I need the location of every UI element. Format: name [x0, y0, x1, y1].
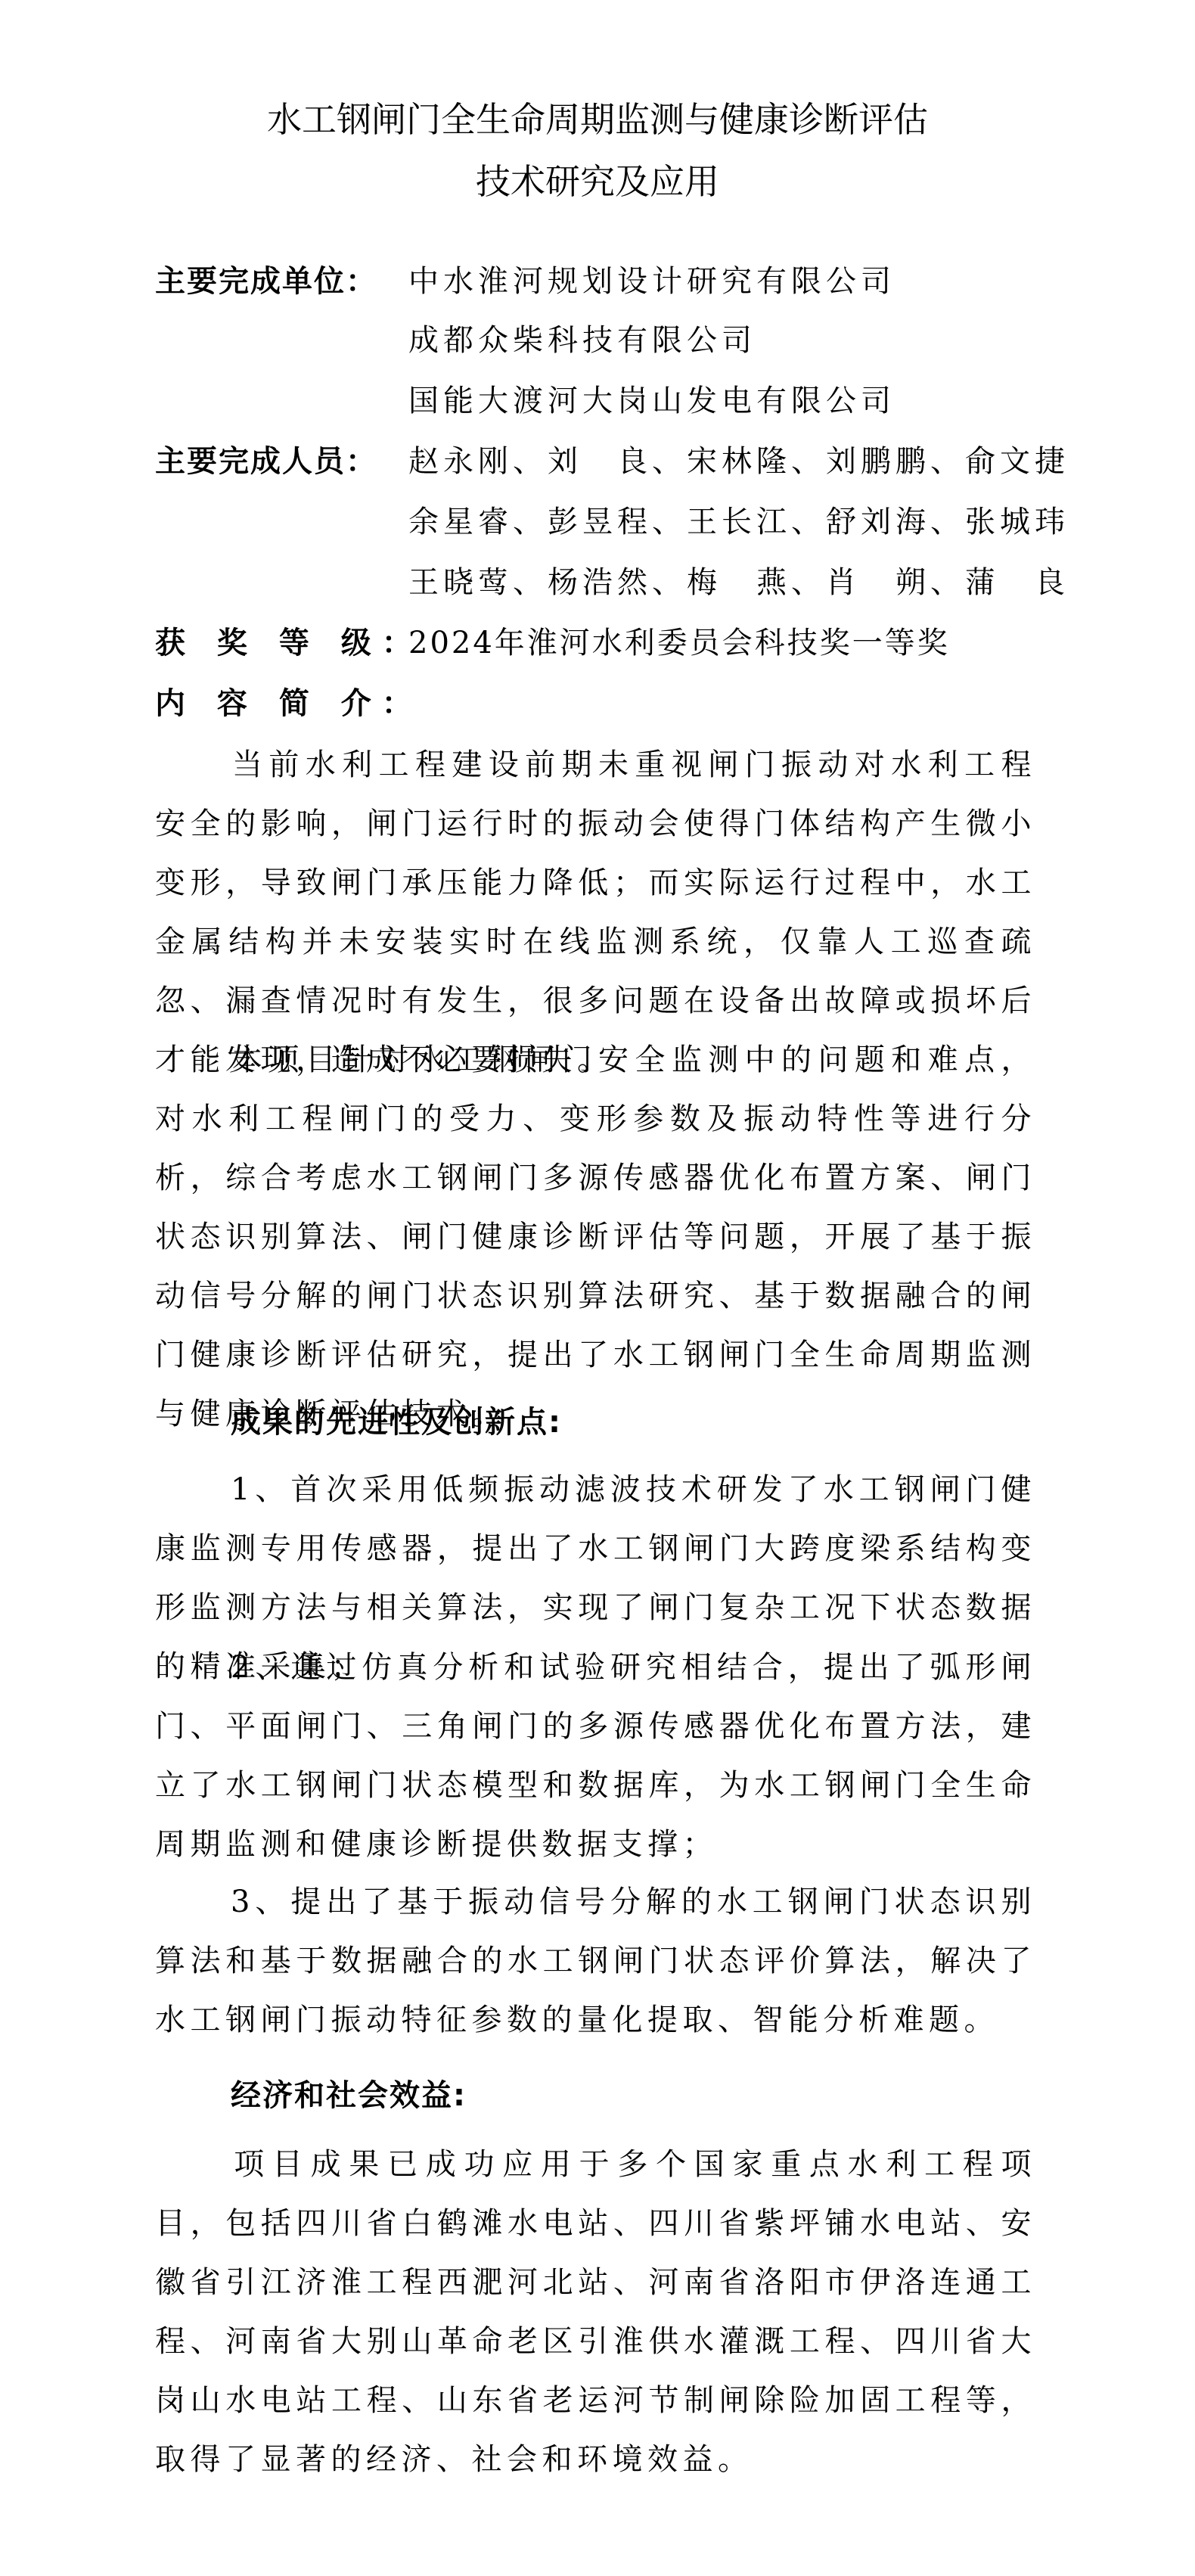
innovation-item: 2、通过仿真分析和试验研究相结合，提出了弧形闸门、平面闸门、三角闸门的多源传感器…: [155, 1638, 1036, 1874]
award-value: 2024年淮河水利委员会科技奖一等奖: [408, 619, 950, 662]
unit-item: 成都众柴科技有限公司: [408, 316, 756, 359]
award-label: 获 奖 等 级：: [155, 619, 423, 662]
summary-label: 内 容 简 介：: [155, 679, 423, 722]
document-title-line1: 水工钢闸门全生命周期监测与健康诊断评估: [0, 97, 1195, 142]
unit-item: 中水淮河规划设计研究有限公司: [408, 257, 895, 300]
personnel-label: 主要完成人员：: [155, 437, 377, 480]
personnel-line: 赵永刚、刘 良、宋林隆、刘鹏鹏、俞文捷: [408, 437, 1069, 480]
benefits-heading: 经济和社会效益:: [231, 2077, 467, 2115]
innovation-item: 3、提出了基于振动信号分解的水工钢闸门状态识别算法和基于数据融合的水工钢闸门状态…: [155, 1872, 1036, 2049]
units-label: 主要完成单位：: [155, 257, 377, 300]
document-title-line2: 技术研究及应用: [0, 159, 1195, 204]
unit-item: 国能大渡河大岗山发电有限公司: [408, 377, 895, 420]
personnel-line: 王晓莺、杨浩然、梅 燕、肖 朔、蒲 良: [408, 558, 1069, 601]
personnel-line: 余星睿、彭昱程、王长江、舒刘海、张城玮: [408, 498, 1069, 541]
document-page: 水工钢闸门全生命周期监测与健康诊断评估 技术研究及应用 主要完成单位： 中水淮河…: [0, 0, 1195, 2576]
summary-paragraph: 本项目针对水工钢闸门安全监测中的问题和难点，对水利工程闸门的受力、变形参数及振动…: [155, 1030, 1036, 1443]
benefits-paragraph: 项目成果已成功应用于多个国家重点水利工程项目，包括四川省白鹤滩水电站、四川省紫坪…: [155, 2135, 1036, 2489]
innovation-heading: 成果的先进性及创新点:: [231, 1403, 562, 1441]
